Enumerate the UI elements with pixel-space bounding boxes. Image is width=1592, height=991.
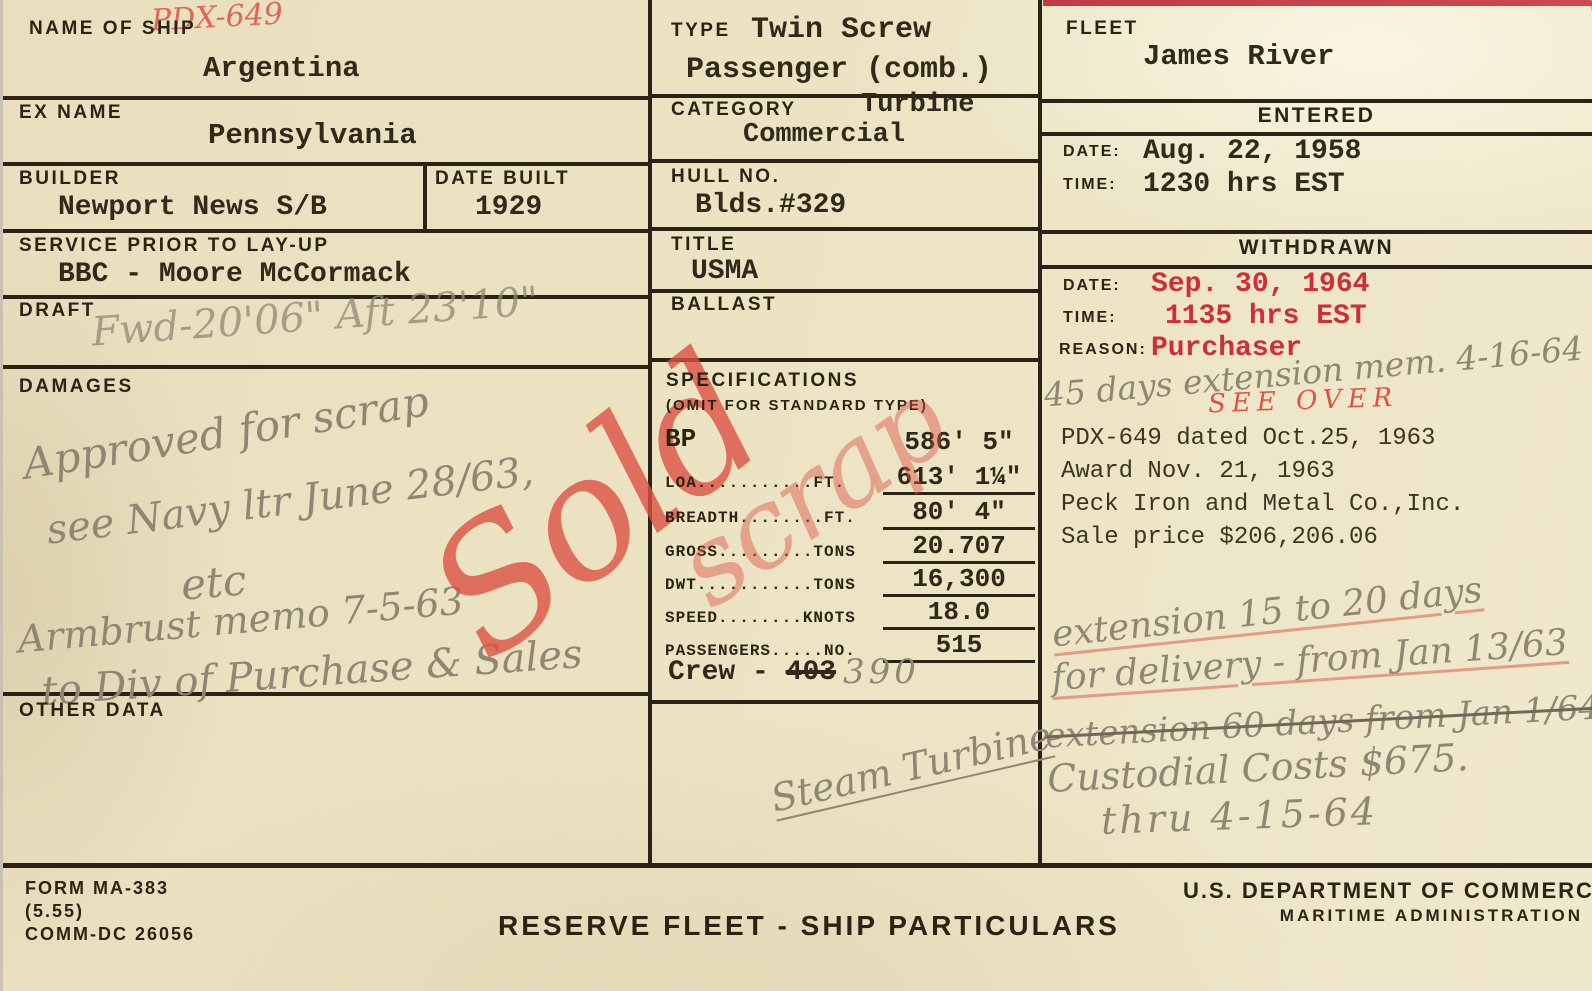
- withdrawn-date-label: DATE:: [1063, 277, 1121, 295]
- spec-row-label: SPEED........KNOTS: [665, 609, 883, 630]
- see-over-note: SEE OVER: [1208, 383, 1399, 420]
- sale-typed-note-line: Sale price $206,206.06: [1061, 524, 1378, 551]
- thru-date-note: thru 4-15-64: [1100, 789, 1378, 843]
- footer-rule: [3, 863, 1592, 868]
- form-number-line: FORM MA-383: [25, 878, 169, 899]
- hull-no-value: Blds.#329: [695, 190, 846, 221]
- crew-old-value: 403: [786, 657, 836, 688]
- steam-turbine-note: Steam Turbine: [767, 713, 1056, 820]
- form-revision-line: (5.55): [25, 901, 84, 922]
- other-data-label: OTHER DATA: [19, 700, 166, 722]
- specifications-label: SPECIFICATIONS: [666, 370, 859, 392]
- entered-date-value: Aug. 22, 1958: [1143, 136, 1361, 167]
- divider: [1038, 230, 1592, 234]
- name-of-ship-value: Argentina: [203, 52, 360, 85]
- damages-label: DAMAGES: [19, 376, 134, 398]
- divider: [3, 162, 648, 166]
- hull-no-label: HULL NO.: [671, 166, 780, 188]
- fleet-label: FLEET: [1066, 18, 1139, 40]
- spec-row-value: 20.707: [883, 531, 1035, 564]
- draft-label: DRAFT: [19, 300, 96, 322]
- crew-label: Crew -: [668, 657, 769, 688]
- title-label: TITLE: [671, 234, 736, 256]
- card-title: RESERVE FLEET - SHIP PARTICULARS: [498, 910, 1078, 942]
- entered-time-label: TIME:: [1063, 176, 1117, 194]
- withdrawn-time-value: 1135 hrs EST: [1165, 301, 1367, 332]
- comm-dc-line: COMM-DC 26056: [25, 924, 195, 945]
- draft-handwritten-value: Fwd-20'06" Aft 23'10": [90, 278, 540, 355]
- divider: [3, 229, 648, 233]
- type-label: TYPE: [671, 20, 731, 42]
- category-label: CATEGORY: [671, 99, 797, 121]
- divider: [1038, 99, 1592, 103]
- divider: [648, 289, 1038, 293]
- card-top-edge-red-strip: [1043, 0, 1592, 6]
- ex-name-value: Pennsylvania: [208, 119, 417, 152]
- divider: [3, 96, 648, 100]
- name-of-ship-label: NAME OF SHIP: [29, 18, 196, 40]
- divider: [648, 700, 1038, 704]
- category-value-line2: Commercial: [743, 120, 905, 150]
- divider: [648, 227, 1038, 231]
- entered-time-value: 1230 hrs EST: [1143, 169, 1345, 200]
- sale-typed-note-line: Award Nov. 21, 1963: [1061, 458, 1335, 485]
- sale-typed-note-line: Peck Iron and Metal Co.,Inc.: [1061, 491, 1464, 518]
- entered-header: ENTERED: [1038, 104, 1592, 128]
- date-built-label: DATE BUILT: [435, 168, 570, 190]
- withdrawn-time-label: TIME:: [1063, 309, 1117, 327]
- service-prior-value: BBC - Moore McCormack: [58, 259, 411, 290]
- spec-row-value: 16,300: [883, 564, 1035, 597]
- spec-row-value: 18.0: [883, 597, 1035, 630]
- divider: [648, 94, 1038, 98]
- agency-subname: MARITIME ADMINISTRATION: [1183, 906, 1583, 926]
- type-value-line2: Passenger (comb.): [686, 53, 992, 87]
- type-value-line1: Twin Screw: [751, 13, 931, 47]
- divider: [648, 159, 1038, 163]
- divider: [423, 162, 427, 230]
- service-prior-label: SERVICE PRIOR TO LAY-UP: [19, 235, 330, 257]
- entered-date-label: DATE:: [1063, 143, 1121, 161]
- builder-value: Newport News S/B: [58, 192, 327, 223]
- withdrawn-header: WITHDRAWN: [1038, 236, 1592, 260]
- builder-label: BUILDER: [19, 168, 121, 190]
- ex-name-label: EX NAME: [19, 102, 123, 124]
- withdrawn-date-value: Sep. 30, 1964: [1151, 269, 1369, 300]
- fleet-value: James River: [1143, 40, 1334, 73]
- ballast-label: BALLAST: [671, 294, 777, 316]
- crew-line: Crew - 403: [668, 657, 836, 688]
- agency-name: U.S. DEPARTMENT OF COMMERCE: [1183, 878, 1583, 904]
- crew-new-value: 390: [843, 652, 920, 692]
- title-value: USMA: [691, 256, 758, 287]
- category-value-line1: Turbine: [861, 90, 974, 120]
- index-card: PDX-649 NAME OF SHIP Argentina EX NAME P…: [3, 0, 1592, 991]
- divider: [3, 365, 648, 369]
- date-built-value: 1929: [475, 192, 542, 223]
- withdrawn-reason-label: REASON:: [1059, 341, 1147, 359]
- sale-typed-note-line: PDX-649 dated Oct.25, 1963: [1061, 425, 1435, 452]
- ship-particulars-card-scan: PDX-649 NAME OF SHIP Argentina EX NAME P…: [0, 0, 1592, 991]
